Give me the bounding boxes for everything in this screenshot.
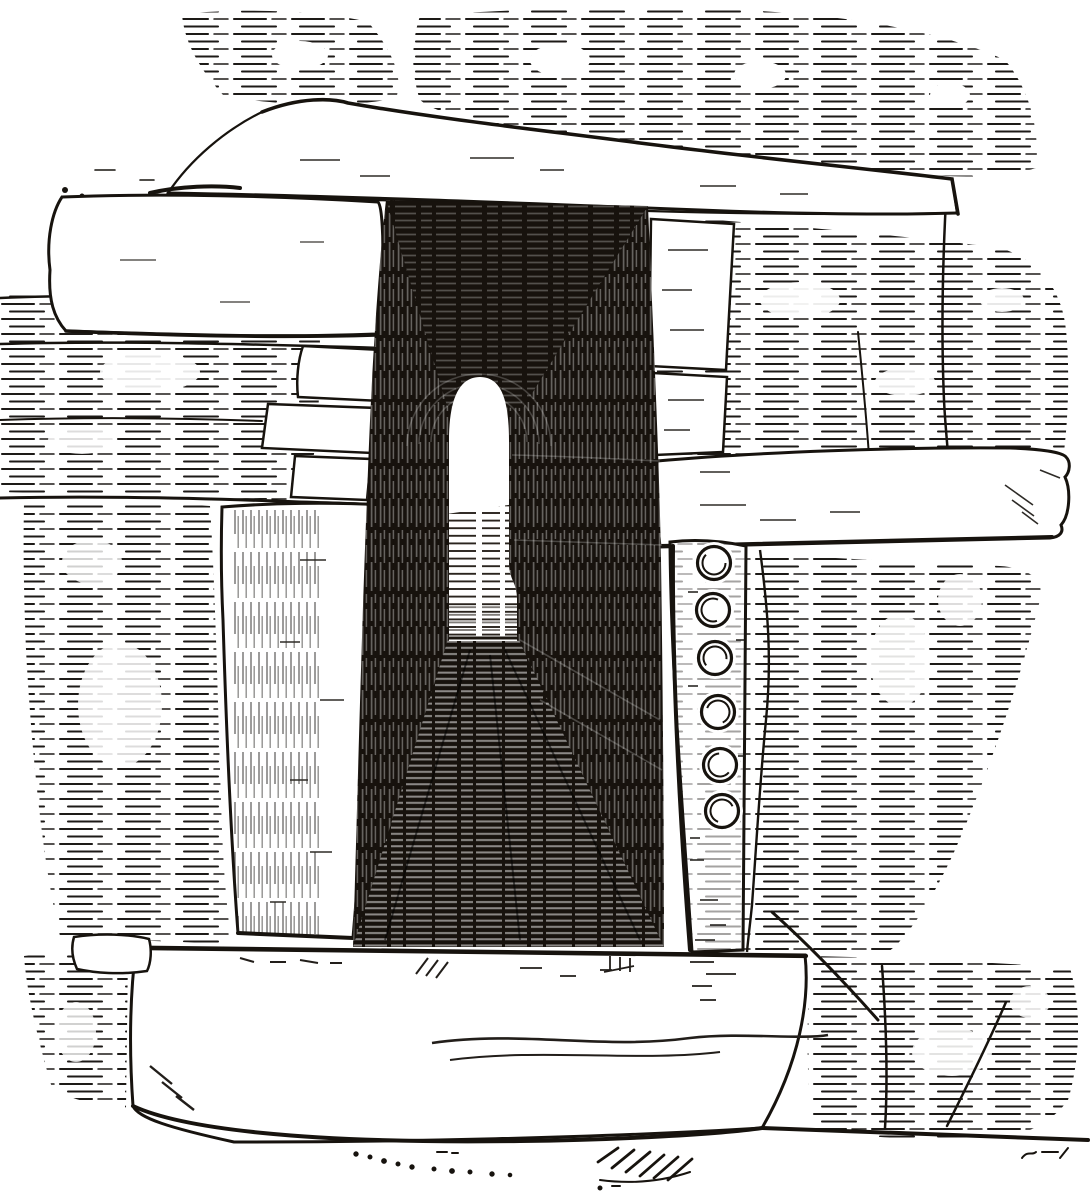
right-upper-blocks bbox=[649, 219, 734, 455]
transom-course-stone bbox=[657, 448, 1070, 547]
engraving-figure bbox=[0, 0, 1091, 1196]
boss bbox=[694, 637, 736, 679]
left-long-stone bbox=[49, 195, 383, 336]
boss bbox=[699, 744, 741, 786]
boss bbox=[701, 790, 743, 832]
sill-stone bbox=[131, 947, 828, 1142]
small-stone-left-of-sill bbox=[72, 935, 150, 974]
boss bbox=[692, 589, 734, 631]
boss bbox=[693, 542, 735, 584]
engraving-svg bbox=[0, 0, 1091, 1196]
boss bbox=[697, 691, 739, 733]
embrasure bbox=[353, 200, 664, 947]
